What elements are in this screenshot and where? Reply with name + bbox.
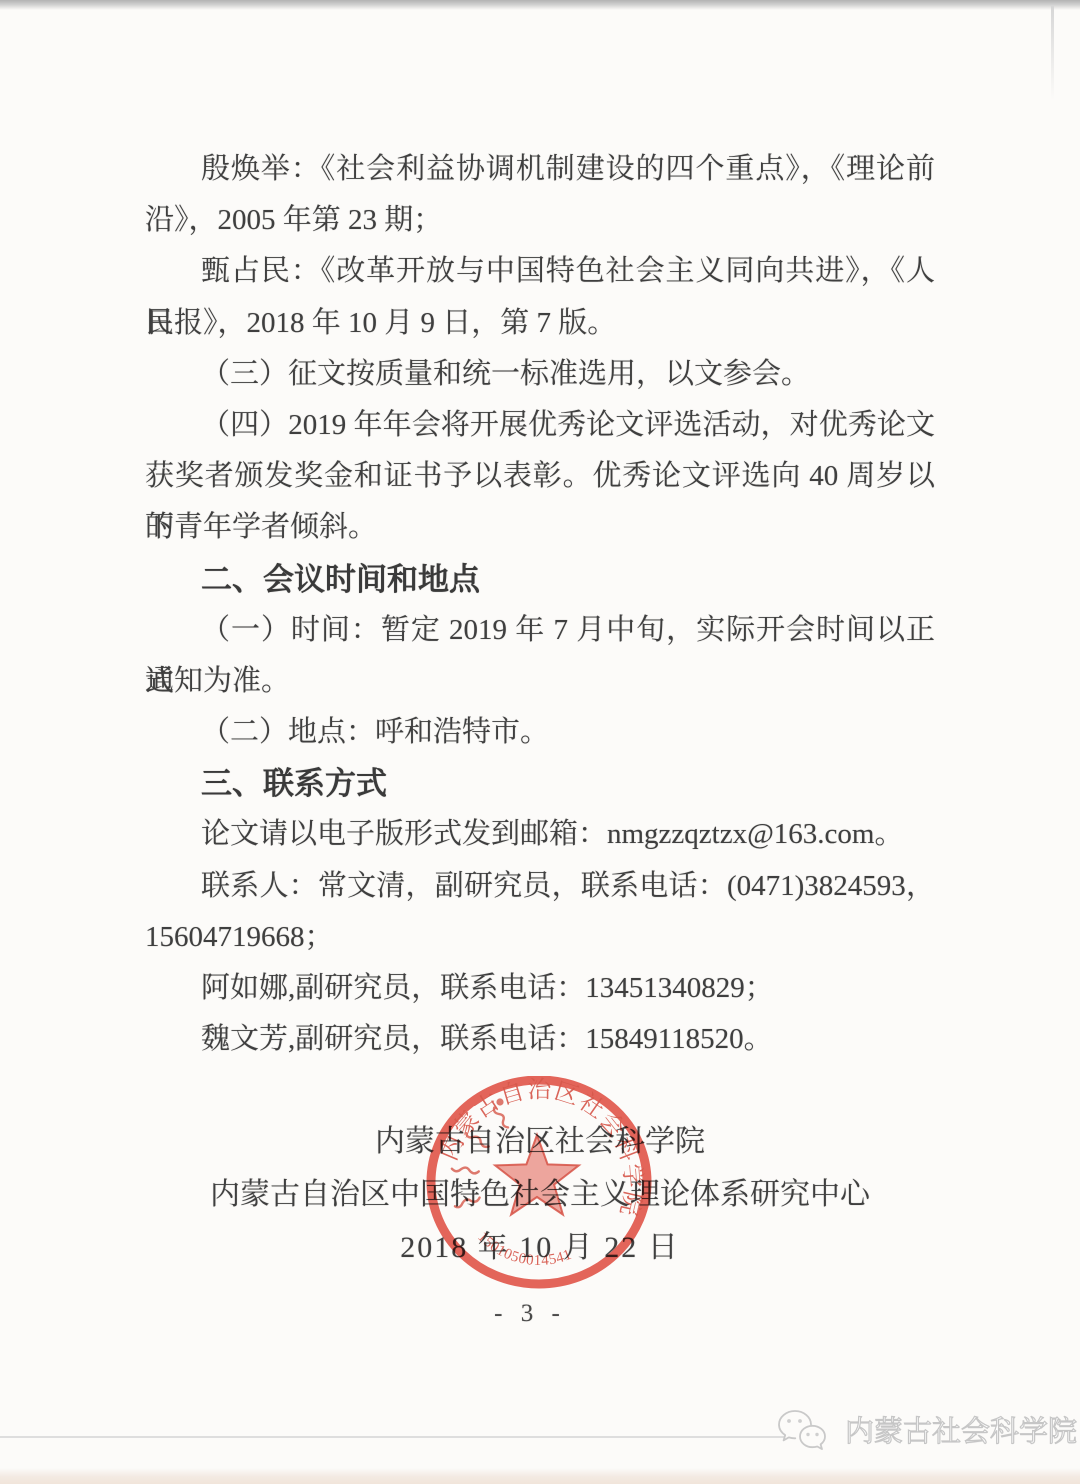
document-line: 通知为准。 — [145, 656, 935, 707]
document-line-email: 论文请以电子版形式发到邮箱：nmgzzqztzx@163.com。 — [145, 809, 935, 860]
wechat-icon — [776, 1408, 828, 1454]
document-line: 获奖者颁发奖金和证书予以表彰。优秀论文评选向 40 周岁以下 — [145, 451, 935, 502]
document-page: 殷焕举：《社会利益协调机制建设的四个重点》，《理论前 沿》，2005 年第 23… — [0, 0, 1080, 1484]
document-line: 的青年学者倾斜。 — [145, 502, 935, 553]
scan-edge-top — [0, 0, 1080, 10]
scan-edge-bottom — [0, 1468, 1080, 1484]
footer-divider — [0, 1436, 785, 1438]
document-line: 日报》，2018 年 10 月 9 日，第 7 版。 — [145, 298, 935, 349]
document-body: 殷焕举：《社会利益协调机制建设的四个重点》，《理论前 沿》，2005 年第 23… — [145, 144, 935, 1065]
seal-serial-number: 1501050014541 — [474, 1229, 574, 1269]
document-line-contact: 魏文芳,副研究员，联系电话：15849118520。 — [145, 1014, 935, 1065]
document-line-phone: 15604719668； — [145, 912, 935, 963]
scan-edge-right — [1051, 5, 1054, 100]
document-line: 甄占民：《改革开放与中国特色社会主义同向共进》，《人民 — [145, 246, 935, 297]
document-line: 殷焕举：《社会利益协调机制建设的四个重点》，《理论前 — [145, 144, 935, 195]
section-heading-meeting-time-place: 二、会议时间和地点 — [145, 554, 935, 605]
section-heading-contact-info: 三、联系方式 — [145, 758, 935, 809]
document-line-contact: 联系人：常文清，副研究员，联系电话：(0471)3824593， — [145, 861, 935, 912]
page-number: - 3 - — [0, 1298, 1060, 1330]
star-icon — [495, 1135, 579, 1215]
document-line: （四）2019 年年会将开展优秀论文评选活动，对优秀论文 — [145, 400, 935, 451]
watermark-label: 内蒙古社会科学院 — [845, 1408, 1077, 1456]
document-line: （一）时间：暂定 2019 年 7 月中旬，实际开会时间以正式 — [145, 605, 935, 656]
official-seal: 内蒙古自治区社会科学院 1501050014541 — [424, 1076, 654, 1294]
document-line: （二）地点：呼和浩特市。 — [145, 707, 935, 758]
svg-text:1501050014541: 1501050014541 — [474, 1229, 574, 1269]
document-line: （三）征文按质量和统一标准选用，以文参会。 — [145, 349, 935, 400]
document-line: 沿》，2005 年第 23 期； — [145, 195, 935, 246]
document-line-contact: 阿如娜,副研究员，联系电话：13451340829； — [145, 963, 935, 1014]
